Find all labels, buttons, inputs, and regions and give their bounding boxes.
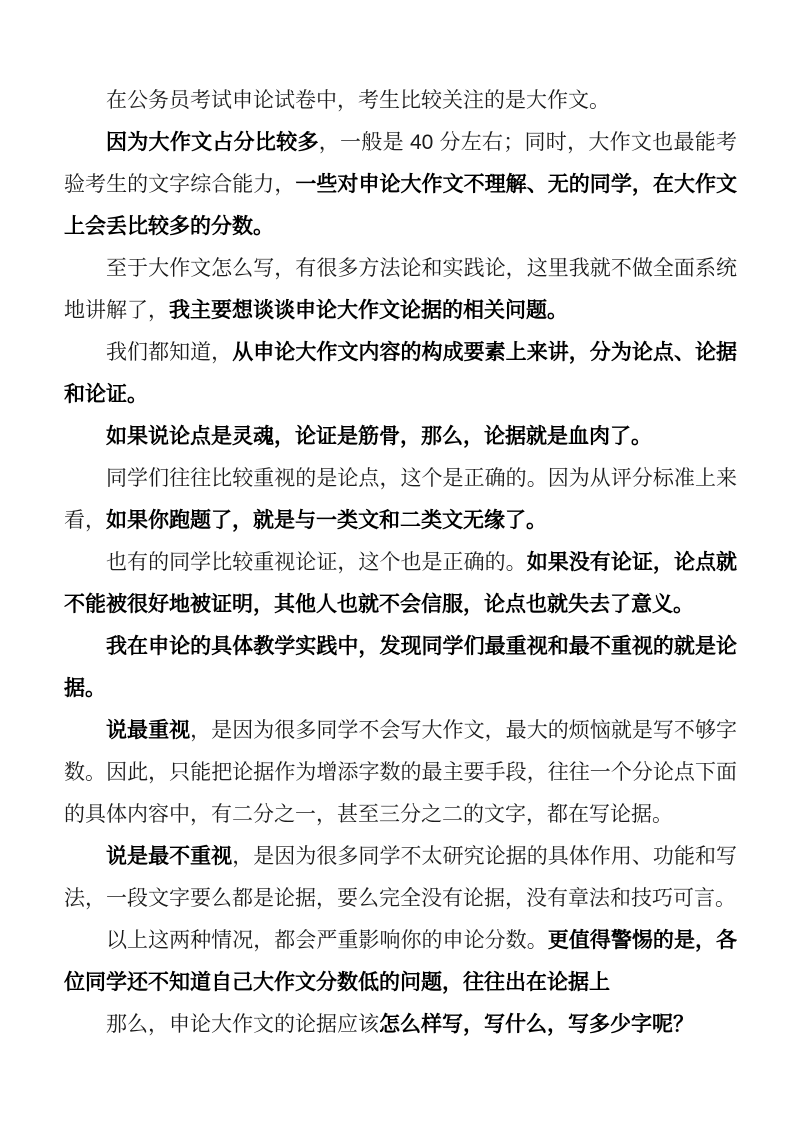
text-run: 那么，申论大作文的论据应该 [106, 1013, 379, 1036]
text-run: 我们都知道， [106, 341, 232, 364]
paragraph: 那么，申论大作文的论据应该怎么样写，写什么，写多少字呢？ [64, 1004, 737, 1046]
document-body: 在公务员考试申论试卷中，考生比较关注的是大作文。因为大作文占分比较多，一般是 4… [64, 80, 737, 1046]
paragraph: 也有的同学比较重视论证，这个也是正确的。如果没有论证，论点就不能被很好地被证明，… [64, 542, 737, 626]
bold-text-run: 说是最不重视 [106, 845, 232, 868]
bold-text-run: 因为大作文占分比较多 [106, 131, 319, 154]
text-run: 也有的同学比较重视论证，这个也是正确的。 [106, 551, 527, 574]
paragraph: 我们都知道，从申论大作文内容的构成要素上来讲，分为论点、论据和论证。 [64, 332, 737, 416]
bold-text-run: 如果说论点是灵魂，论证是筋骨，那么，论据就是血肉了。 [106, 425, 652, 448]
bold-text-run: 我主要想谈谈申论大作文论据的相关问题。 [169, 299, 568, 322]
paragraph: 我在申论的具体教学实践中，发现同学们最重视和最不重视的就是论据。 [64, 626, 737, 710]
text-run: 在公务员考试申论试卷中，考生比较关注的是大作文。 [106, 89, 610, 112]
paragraph: 因为大作文占分比较多，一般是 40 分左右；同时，大作文也最能考验考生的文字综合… [64, 122, 737, 248]
paragraph: 说最重视，是因为很多同学不会写大作文，最大的烦恼就是写不够字数。因此，只能把论据… [64, 710, 737, 836]
paragraph: 说是最不重视，是因为很多同学不太研究论据的具体作用、功能和写法，一段文字要么都是… [64, 836, 737, 920]
paragraph: 以上这两种情况，都会严重影响你的申论分数。更值得警惕的是，各位同学还不知道自己大… [64, 920, 737, 1004]
paragraph: 如果说论点是灵魂，论证是筋骨，那么，论据就是血肉了。 [64, 416, 737, 458]
paragraph: 在公务员考试申论试卷中，考生比较关注的是大作文。 [64, 80, 737, 122]
document-page: 在公务员考试申论试卷中，考生比较关注的是大作文。因为大作文占分比较多，一般是 4… [0, 0, 800, 1131]
bold-text-run: 如果你跑题了，就是与一类文和二类文无缘了。 [106, 509, 547, 532]
bold-text-run: 怎么样写，写什么，写多少字呢？ [379, 1013, 694, 1036]
paragraph: 至于大作文怎么写，有很多方法论和实践论，这里我就不做全面系统地讲解了，我主要想谈… [64, 248, 737, 332]
bold-text-run: 说最重视 [106, 719, 190, 742]
text-run: 以上这两种情况，都会严重影响你的申论分数。 [106, 929, 548, 952]
bold-text-run: 我在申论的具体教学实践中，发现同学们最重视和最不重视的就是论据。 [64, 635, 737, 700]
paragraph: 同学们往往比较重视的是论点，这个是正确的。因为从评分标准上来看，如果你跑题了，就… [64, 458, 737, 542]
